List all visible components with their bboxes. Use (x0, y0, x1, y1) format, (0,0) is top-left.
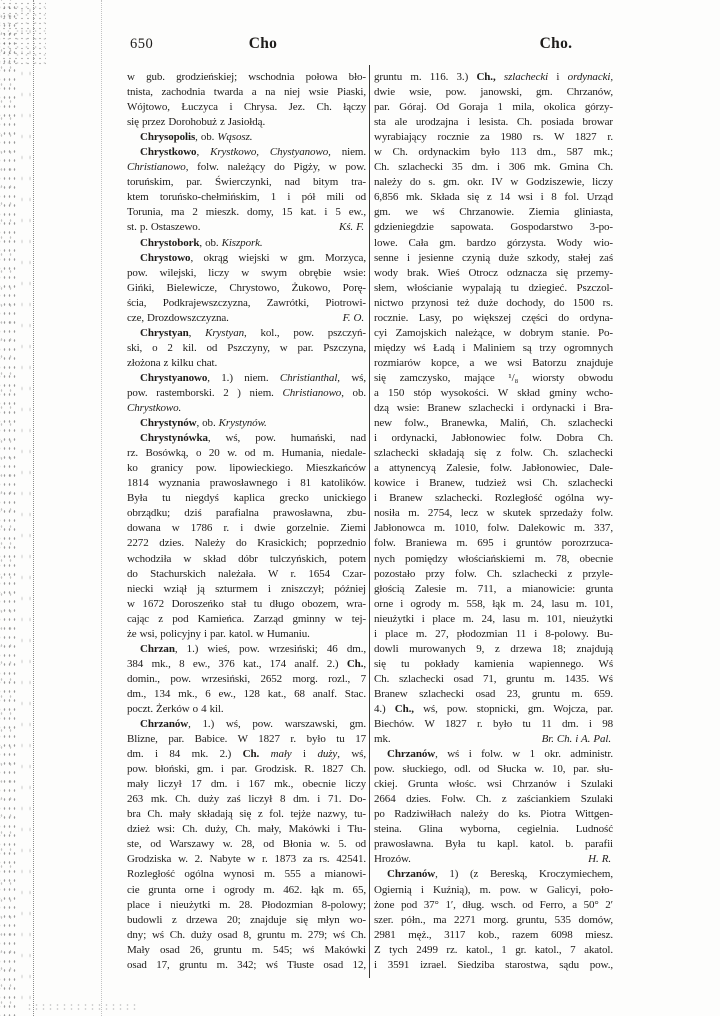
text-line: Torunia, ma 2 mieszk. domy, 15 kat. i 5 … (127, 205, 366, 220)
text-segment: , folw. należący do Pigży, w pow. (186, 161, 366, 173)
scanned-dictionary-page: 650 Cho Cho. w gub. grodzieńskiej; wscho… (0, 0, 720, 1016)
text-segment: ski, o 2 kil. od Pszczyny, w par. Pszczy… (127, 342, 366, 354)
text-segment: 1814 wyznania prawosławnego i 81 katolik… (127, 477, 366, 489)
author-signature: Br. Ch. i A. Pal. (542, 732, 613, 747)
text-segment: gdzieniegdzie sapowata. Gospodarstwo 3-p… (374, 221, 613, 233)
text-segment: nictwo przynosi też duże dochody, do 150… (374, 297, 613, 309)
text-line: Chrystkowo. (127, 401, 366, 416)
text-line: cyi Zamojskich należące, w dobrym stanie… (374, 326, 613, 341)
text-segment: obrządku; dziś parafialna prawosławna, z… (127, 507, 366, 519)
text-segment: dwie wsie, pow. janowski, gm. Chrzanów, (374, 86, 613, 98)
text-segment: Ch., (476, 71, 495, 83)
text-segment: place i nieużytki m. 28. Płodozmian 8-po… (127, 899, 366, 911)
text-line: gm. we wś Chrzanowie. Ziemia gliniasta, (374, 205, 613, 220)
text-line: ski, o 2 kil. od Pszczyny, w par. Pszczy… (127, 341, 366, 356)
text-segment: rozmiarów kopce, a we wsi Batorzu znajdu… (374, 357, 613, 369)
text-segment: Chrystynówka (140, 432, 208, 444)
author-signature: F. O. (343, 311, 366, 326)
text-line: ste, od Warszawy w. 28, od Błonia w. 5. … (127, 837, 366, 852)
author-signature: H. R. (588, 852, 613, 867)
text-segment: Jabłonowca m. 1010, folw. Dalekowic m. 3… (374, 522, 613, 534)
text-segment: ckiej. Grunta włośc. wsi Chrzanów i Szul… (374, 778, 613, 790)
text-line: new folw., Branewka, Maliń, Ch. szlachec… (374, 416, 613, 431)
text-line: nosiła m. 2754, lecz w skutek sprzedaży … (374, 506, 613, 521)
text-line: w 1672 Doroszeńko stał tu długo obozem, … (127, 597, 366, 612)
text-line: Z tych 2499 rz. katol., 1 gr. katol., 7 … (374, 943, 613, 958)
text-line: Branew szlachecki osad 23, gruntu m. 659… (374, 687, 613, 702)
text-segment: cyi Zamojskich należące, w dobrym stanie… (374, 327, 613, 339)
text-segment: Krystynów. (219, 417, 267, 429)
text-line: sta ale urodzajna i lesista. Ch. posiada… (374, 115, 613, 130)
text-segment: słem, włościanie wypalają tu dziegieć. P… (374, 282, 613, 294)
text-line: 2272 dzies. Należy do Krasickich; poprze… (127, 536, 366, 551)
text-line: Chrzanów, 1.) wś, pow. warszawski, gm. (127, 717, 366, 732)
text-segment: pow. wilejski, liczy w swym obrębie wsie… (127, 267, 366, 279)
text-segment: głością Zalesie m. 711, a mianowicie: gr… (374, 583, 613, 595)
text-line: w Ch. ordynackim było 113 dm., 587 mk.; (374, 145, 613, 160)
text-segment: wś, pow. stopnicki, gm. Wojcza, par. (414, 703, 613, 715)
text-segment: Biechów. W 1827 r. było tu 11 dm. i 98 (374, 718, 613, 730)
text-line: rz. Bosówką, o 20 w. od m. Humania, nied… (127, 446, 366, 461)
text-segment: Ch. (347, 658, 364, 670)
text-segment: Chrystowo (140, 252, 190, 264)
text-line: osad 17, gruntu m. 342; wś Tłuste osad 1… (127, 958, 366, 973)
text-line: Chrystynówka, wś, pow. humański, nad (127, 431, 366, 446)
text-segment: dowana w 1786 r. i dwie gorzelnie. Ziemi (127, 522, 366, 534)
text-segment: Christianowo (283, 387, 342, 399)
text-segment: szer. półn., ma 2271 morg. gruntu, 535 d… (374, 914, 613, 926)
text-line: Rozległość ogólna wynosi m. 555 a mianow… (127, 867, 366, 882)
text-segment: 384 mk., 8 ew., 376 kat., 174 analf. 2.) (127, 658, 347, 670)
text-segment: ścia, Podkrajewszczyzna, Zawrótki, Piotr… (127, 297, 366, 309)
text-line: Hrozów.H. R. (374, 852, 613, 867)
text-line: Grodziska w. 2. Nabyte w r. 1873 za rs. … (127, 852, 366, 867)
text-segment: , ob. (341, 387, 366, 399)
text-line: 2981 męż., 3117 kob., razem 6098 miesz. (374, 928, 613, 943)
text-line: rocznie. Lasy, po większej części do ord… (374, 311, 613, 326)
text-line: lowe. Cała gm. bardzo górzysta. Wody wio… (374, 236, 613, 251)
text-line: słem, włościanie wypalają tu dziegieć. P… (374, 281, 613, 296)
text-line: głością Zalesie m. 711, a mianowicie: gr… (374, 582, 613, 597)
text-segment: Ogiernią i Kuźnią), m. pow. w Galicyi, p… (374, 884, 613, 896)
text-segment: , okrąg wiejski w gm. Morzyca, (190, 252, 366, 264)
text-line: żone pod 37° 1′, dług. wsch. od Ferro, a… (374, 898, 613, 913)
text-line: Biechów. W 1827 r. było tu 11 dm. i 98 (374, 717, 613, 732)
text-line: się zamczysko, mające ¹/₈ wiorsty obwodu (374, 371, 613, 386)
text-segment: Chrystynów (140, 417, 196, 429)
text-line: st. p. Ostaszewo.Kś. F. (127, 220, 366, 235)
text-line: cie grunta orne i ogrody m. 462. łąk m. … (127, 883, 366, 898)
text-line: dwie wsie, pow. janowski, gm. Chrzanów, (374, 85, 613, 100)
text-segment: Chrysopolis (140, 131, 195, 143)
text-segment: Branew szlachecki osad 23, gruntu m. 659… (374, 688, 613, 700)
text-segment: Gińki, Bielewicze, Chrystowo, Żukowo, Po… (127, 282, 366, 294)
column-divider (369, 65, 370, 978)
line-text: cze, Drozdowszczyzna. (127, 311, 229, 326)
text-line: a attynencyą Zalesie, folw. Jabłonowiec,… (374, 461, 613, 476)
text-line: par. Góraj. Od Goraja 1 mila, okolica gó… (374, 100, 613, 115)
text-line: orne i ogrody m. 558, łąk m. 24, lasu m.… (374, 597, 613, 612)
text-segment: że wsi, policyjny i par. katol. w Humani… (127, 628, 310, 640)
text-line: Gińki, Bielewicze, Chrystowo, Żukowo, Po… (127, 281, 366, 296)
text-line: dowana w 1786 r. i dwie gorzelnie. Ziemi (127, 521, 366, 536)
text-line: Chrystobork, ob. Kiszpork. (127, 236, 366, 251)
text-line: 263 mk. Ch. duży zaś liczył 8 dm. i 71. … (127, 792, 366, 807)
text-segment (496, 71, 504, 83)
text-line: i place m. 27, płodozmian 11 i 8-polowy.… (374, 627, 613, 642)
text-segment: mk. (374, 733, 391, 745)
text-segment: Chrystyanowo (140, 372, 207, 384)
text-line: po Radziwiłłach należy do ks. Piotra Wit… (374, 807, 613, 822)
text-segment: , 1) (z Bereską, Kroczymiechem, (435, 868, 613, 880)
text-segment: 2981 męż., 3117 kob., razem 6098 miesz. (374, 929, 613, 941)
text-segment: i ordynacki, Jabłonowiec folw. Dobra Ch. (374, 432, 613, 444)
text-segment: , wś, (337, 372, 366, 384)
text-line: wchodziła w skład dóbr tulczyńskich, pot… (127, 552, 366, 567)
text-segment: st. p. Ostaszewo. (127, 221, 200, 233)
text-line: Mały osad 26, gruntu m. 545; wś Makówki (127, 943, 366, 958)
text-segment: niem. (331, 146, 366, 158)
text-segment: ordynacki, (568, 71, 613, 83)
text-segment: Chrystyan (140, 327, 189, 339)
text-line: dowli murowanych 9, z drzewa 18; znajduj… (374, 642, 613, 657)
text-segment: wyrabiający rocznie za 1980 rs. W 1827 r… (374, 131, 613, 143)
text-line: że wsi, policyjny i par. katol. w Humani… (127, 627, 366, 642)
running-head-right: Cho. (501, 35, 611, 53)
text-line: pow. błoński, gm. i par. Grodzisk. R. 18… (127, 762, 366, 777)
text-line: budowli z drzewa 20; znajduje się młyn w… (127, 913, 366, 928)
text-segment: i (292, 748, 318, 760)
text-line: złożona z kilku chat. (127, 356, 366, 371)
text-segment: steina. Glina wyborna, cegielnia. Ludnoś… (374, 823, 613, 835)
text-segment: , ob. (195, 131, 217, 143)
text-line: pow. słuckiego, odl. od Słucka w. 10, pa… (374, 762, 613, 777)
text-line: place i nieużytki m. 28. Płodozmian 8-po… (127, 898, 366, 913)
text-line: i Branew szlachecki. Rozległość ogólna w… (374, 491, 613, 506)
text-line: się przez Dorohobuż z Jasiołdą. (127, 115, 366, 130)
text-line: ścia, Podkrajewszczyzna, Zawrótki, Piotr… (127, 296, 366, 311)
text-segment: Chrystkowo (140, 146, 196, 158)
text-segment: między wś Ładą i Maliniem są trzy ogromn… (374, 342, 613, 354)
text-segment: new folw., Branewka, Maliń, Ch. szlachec… (374, 417, 613, 429)
text-segment: Hrozów. (374, 853, 411, 865)
text-line: a 150 stóp wysokości. W skład gminy wcho… (374, 386, 613, 401)
text-segment: domin., pow. wrzesiński, 2652 morg. rozl… (127, 673, 366, 685)
text-line: Chrystkowo, Krystkowo, Chystyanowo, niem… (127, 145, 366, 160)
text-line: między wś Ładą i Maliniem są trzy ogromn… (374, 341, 613, 356)
text-line: bra Ch. mały składają się z fol. tejże n… (127, 807, 366, 822)
text-segment: Chrystobork (140, 237, 199, 249)
text-segment: cie grunta orne i ogrody m. 462. łąk m. … (127, 884, 366, 896)
text-segment: bra Ch. mały składają się z fol. tejże n… (127, 808, 366, 820)
text-line: mk.Br. Ch. i A. Pal. (374, 732, 613, 747)
text-line: nych pomiędzy włościańskiemi m. 78, obec… (374, 552, 613, 567)
text-line: ckiej. Grunta włośc. wsi Chrzanów i Szul… (374, 777, 613, 792)
line-text: st. p. Ostaszewo. (127, 220, 200, 235)
text-segment: Mały osad 26, gruntu m. 545; wś Makówki (127, 944, 366, 956)
text-line: gruntu m. 116. 3.) Ch., szlachecki i ord… (374, 70, 613, 85)
text-segment: lowe. Cała gm. bardzo górzysta. Wody wio… (374, 237, 613, 249)
text-line: i 3591 izrael. Siedziba starostwa, sądu … (374, 958, 613, 973)
text-segment: Ch. (243, 748, 260, 760)
text-segment: Chrystkowo. (127, 402, 181, 414)
text-segment: Rozległość ogólna wynosi m. 555 a mianow… (127, 868, 366, 880)
text-segment: Była tu niegdyś kaplica grecko unickiego (127, 492, 366, 504)
text-line: tnista, zachodnia twarda a na niej wsie … (127, 85, 366, 100)
text-segment: pow. błoński, gm. i par. Grodzisk. R. 18… (127, 763, 366, 775)
text-line: nictwo przynosi też duże dochody, do 150… (374, 296, 613, 311)
text-segment: pow. rastemborski. 2 ) niem. (127, 387, 283, 399)
text-segment: Chrzan (140, 643, 175, 655)
text-line: poczt. Żerków o 4 kil. (127, 702, 366, 717)
text-segment: kowice i Branew, tudzież wsi Ch. szlache… (374, 477, 613, 489)
text-line: szlachecki składają się z folw. Ch. szla… (374, 446, 613, 461)
text-line: Była tu niegdyś kaplica grecko unickiego (127, 491, 366, 506)
text-segment: po Radziwiłłach należy do ks. Piotra Wit… (374, 808, 613, 820)
text-segment: rz. Bosówką, o 20 w. od m. Humania, nied… (127, 447, 366, 459)
text-segment: prawosławna. Była tu kapl. katol. b. par… (374, 838, 613, 850)
text-segment: Krystyan (205, 327, 244, 339)
text-line: cze, Drozdowszczyzna.F. O. (127, 311, 366, 326)
text-segment: złożona z kilku chat. (127, 357, 217, 369)
text-segment: Torunia, ma 2 mieszk. domy, 15 kat. i 5 … (127, 206, 366, 218)
text-segment: Blizne, par. Babice. W 1827 r. było tu 1… (127, 733, 366, 745)
text-segment: ko granicy pow. lipowieckiego. Mieszkańc… (127, 462, 366, 474)
left-column: w gub. grodzieńskiej; wschodnia połowa b… (127, 70, 366, 973)
text-line: się tu pokłady kamienia wapiennego. Wś (374, 657, 613, 672)
text-line: niecki wziął ją szturmem i zniszczył; pó… (127, 582, 366, 597)
text-segment: osad 17, gruntu m. 342; wś Tłuste osad 1… (127, 959, 366, 971)
text-line: senne i jesienne czynią duże szkody, sta… (374, 251, 613, 266)
text-segment: Ch. szlachecki osad 71, gruntu m. 1435. … (374, 673, 613, 685)
text-segment: , ob. (196, 417, 218, 429)
text-line: wyrabiający rocznie za 1980 rs. W 1827 r… (374, 130, 613, 145)
text-segment: , kol., pow. pszczyń- (244, 327, 366, 339)
text-segment: orne i ogrody m. 558, łąk m. 24, lasu m.… (374, 598, 613, 610)
author-signature: Kś. F. (339, 220, 366, 235)
text-segment: Kiszpork. (222, 237, 263, 249)
text-segment: Chrzanów (387, 748, 435, 760)
text-segment: dny; wś Ch. duży osad 8, gruntu m. 279; … (127, 929, 366, 941)
text-segment: 4.) (374, 703, 395, 715)
text-line: Ogiernią i Kuźnią), m. pow. w Galicyi, p… (374, 883, 613, 898)
text-segment: cze, Drozdowszczyzna. (127, 312, 229, 324)
text-segment: , (196, 146, 210, 158)
text-line: Chrzanów, wś i folw. w 1 okr. administr. (374, 747, 613, 762)
text-segment: szlachecki składają się z folw. Ch. szla… (374, 447, 613, 459)
text-segment: 2272 dzies. Należy do Krasickich; poprze… (127, 537, 366, 549)
text-line: Ch. szlachecki 35 dm. i 306 mk. Gmina Ch… (374, 160, 613, 175)
text-line: Chrzanów, 1) (z Bereską, Kroczymiechem, (374, 867, 613, 882)
text-segment: gm. we wś Chrzanowie. Ziemia gliniasta, (374, 206, 613, 218)
text-line: pow. wilejski, liczy w swym obrębie wsie… (127, 266, 366, 281)
text-line: domin., pow. wrzesiński, 2652 morg. rozl… (127, 672, 366, 687)
text-line: obrządku; dziś parafialna prawosławna, z… (127, 506, 366, 521)
text-line: mały liczył 17 dm. i 167 mk., obecnie li… (127, 777, 366, 792)
line-text: Hrozów. (374, 852, 411, 867)
text-segment: dm. i 84 mk. 2.) (127, 748, 243, 760)
text-segment: dzą wsie: Branew szlachecki i ordynacki … (374, 402, 613, 414)
text-segment: , 1.) niem. (207, 372, 280, 384)
text-segment: , wś, (337, 748, 366, 760)
text-segment: ste, od Warszawy w. 28, od Błonia w. 5. … (127, 838, 366, 850)
text-line: pozostało przy folw. Ch. szlachecki z pr… (374, 567, 613, 582)
text-segment: , 1.) wś, pow. warszawski, gm. (188, 718, 366, 730)
text-segment: wchodziła w skład dóbr tulczyńskich, pot… (127, 553, 366, 565)
text-segment: Ch. szlachecki 35 dm. i 306 mk. Gmina Ch… (374, 161, 613, 173)
text-line: do Stachurskich należała. W r. 1654 Czar… (127, 567, 366, 582)
text-segment: dzież wsi: Ch. duży, Ch. mały, Makówki i… (127, 823, 366, 835)
text-segment: do Stachurskich należała. W r. 1654 Czar… (127, 568, 366, 580)
text-line: 1814 wyznania prawosławnego i 81 katolik… (127, 476, 366, 491)
text-segment: się tu pokłady kamienia wapiennego. Wś (374, 658, 613, 670)
text-segment: Christianthal (280, 372, 337, 384)
binding-fold-line (33, 0, 34, 1016)
text-line: rozmiarów kopce, a we wsi Batorzu znajdu… (374, 356, 613, 371)
text-segment: Krystkowo, Chystyanowo, (210, 146, 331, 158)
text-segment: 2664 dzies. Folw. Ch. z zaściankiem Szul… (374, 793, 613, 805)
text-segment: , 1.) wieś, pow. wrzesiński; 46 dm., (175, 643, 366, 655)
text-line: i ordynacki, Jabłonowiec folw. Dobra Ch. (374, 431, 613, 446)
text-line: 6,856 mk. Składa się z 14 wsi i 8 fol. U… (374, 190, 613, 205)
text-segment: 263 mk. Ch. duży zaś liczył 8 dm. i 71. … (127, 793, 366, 805)
text-segment: wody brak. Wieś Otrocz odznacza się prze… (374, 267, 613, 279)
text-segment: żone pod 37° 1′, dług. wsch. od Ferro, a… (374, 899, 613, 911)
text-segment: Wąsosz. (217, 131, 252, 143)
text-segment: nieużytki i place m. 24, lasu m. 101, ni… (374, 613, 613, 625)
text-segment: w gub. grodzieńskiej; wschodnia połowa b… (127, 71, 366, 83)
text-segment: i 3591 izrael. Siedziba starostwa, sądu … (374, 959, 613, 971)
text-segment: dm., 134 mk., 6 ew., 128 kat., 68 analf.… (127, 688, 366, 700)
text-segment: nosiła m. 2754, lecz w skutek sprzedaży … (374, 507, 613, 519)
text-segment: i place m. 27, płodozmian 11 i 8-polowy.… (374, 628, 613, 640)
text-line: 384 mk., 8 ew., 376 kat., 174 analf. 2.)… (127, 657, 366, 672)
text-segment: nych pomiędzy włościańskiemi m. 78, obec… (374, 553, 613, 565)
text-segment: Christianowo (127, 161, 186, 173)
text-segment: budowli z drzewa 20; znajduje się młyn w… (127, 914, 366, 926)
text-line: Chrystyanowo, 1.) niem. Christianthal, w… (127, 371, 366, 386)
text-segment: należy do s. gm. okr. IV w Godziszewie, … (374, 176, 613, 188)
right-column: gruntu m. 116. 3.) Ch., szlachecki i ord… (374, 70, 613, 973)
text-segment: się przez Dorohobuż z Jasiołdą. (127, 116, 265, 128)
text-segment: mały (271, 748, 292, 760)
binding-fold-line-2 (101, 0, 102, 1016)
text-segment: i Branew szlachecki. Rozległość ogólna w… (374, 492, 613, 504)
text-line: Jabłonowca m. 1010, folw. Dalekowic m. 3… (374, 521, 613, 536)
text-segment: , wś, pow. humański, nad (208, 432, 366, 444)
running-head-left: Cho (208, 35, 318, 53)
text-line: dzą wsie: Branew szlachecki i ordynacki … (374, 401, 613, 416)
text-segment: poczt. Żerków o 4 kil. (127, 703, 224, 715)
text-segment: w 1672 Doroszeńko stał tu długo obozem, … (127, 598, 366, 610)
text-line: pow. rastemborski. 2 ) niem. Christianow… (127, 386, 366, 401)
text-segment: Grodziska w. 2. Nabyte w r. 1873 za rs. … (127, 853, 366, 865)
text-line: folw. Braniewa m. 695 i gruntów porozrzu… (374, 536, 613, 551)
text-segment: gruntu m. 116. 3.) (374, 71, 476, 83)
text-segment: pozostało przy folw. Ch. szlachecki z pr… (374, 568, 613, 580)
text-line: dny; wś Ch. duży osad 8, gruntu m. 279; … (127, 928, 366, 943)
text-line: Christianowo, folw. należący do Pigży, w… (127, 160, 366, 175)
text-line: Chrzan, 1.) wieś, pow. wrzesiński; 46 dm… (127, 642, 366, 657)
text-line: dm. i 84 mk. 2.) Ch. mały i duży, wś, (127, 747, 366, 762)
text-line: szer. półn., ma 2271 morg. gruntu, 535 d… (374, 913, 613, 928)
text-segment: , (363, 658, 366, 670)
text-line: 2664 dzies. Folw. Ch. z zaściankiem Szul… (374, 792, 613, 807)
text-segment: 6,856 mk. Składa się z 14 wsi i 8 fol. U… (374, 191, 613, 203)
scan-noise-edge (0, 0, 17, 1016)
text-segment: cając z pod Kamieńca. Zarząd gminny w te… (127, 613, 366, 625)
scan-noise-bottom (26, 1003, 136, 1011)
text-line: kowice i Branew, tudzież wsi Ch. szlache… (374, 476, 613, 491)
text-line: 4.) Ch., wś, pow. stopnicki, gm. Wojcza,… (374, 702, 613, 717)
text-segment: rocznie. Lasy, po większej części do ord… (374, 312, 613, 324)
text-line: steina. Glina wyborna, cegielnia. Ludnoś… (374, 822, 613, 837)
scan-noise-edge-2 (18, 0, 32, 1016)
text-segment: , (189, 327, 205, 339)
text-segment: Chrzanów (387, 868, 435, 880)
text-segment: tnista, zachodnia twarda a na niej wsie … (127, 86, 366, 98)
text-segment: toruńskim, par. Świerczynki, nad bitym t… (127, 176, 366, 188)
text-line: cając z pod Kamieńca. Zarząd gminny w te… (127, 612, 366, 627)
page-number: 650 (130, 36, 153, 53)
text-line: dzież wsi: Ch. duży, Ch. mały, Makówki i… (127, 822, 366, 837)
text-line: Ch. szlachecki osad 71, gruntu m. 1435. … (374, 672, 613, 687)
text-line: w gub. grodzieńskiej; wschodnia połowa b… (127, 70, 366, 85)
text-segment: par. Góraj. Od Goraja 1 mila, okolica gó… (374, 101, 613, 113)
text-segment: folw. Braniewa m. 695 i gruntów porozrzu… (374, 537, 613, 549)
text-segment: , wś i folw. w 1 okr. administr. (435, 748, 613, 760)
text-segment: niecki wziął ją szturmem i zniszczył; pó… (127, 583, 366, 595)
text-segment: a 150 stóp wysokości. W skład gminy wcho… (374, 387, 613, 399)
text-line: toruńskim, par. Świerczynki, nad bitym t… (127, 175, 366, 190)
text-segment: w Ch. ordynackim było 113 dm., 587 mk.; (374, 146, 613, 158)
line-text: mk. (374, 732, 391, 747)
text-line: Chrystynów, ob. Krystynów. (127, 416, 366, 431)
text-line: ko granicy pow. lipowieckiego. Mieszkańc… (127, 461, 366, 476)
text-segment: Ch., (395, 703, 414, 715)
text-segment: i (548, 71, 568, 83)
text-line: prawosławna. Była tu kapl. katol. b. par… (374, 837, 613, 852)
text-line: wody brak. Wieś Otrocz odznacza się prze… (374, 266, 613, 281)
text-line: Chrystowo, okrąg wiejski w gm. Morzyca, (127, 251, 366, 266)
text-segment (259, 748, 270, 760)
text-segment: sta ale urodzajna i lesista. Ch. posiada… (374, 116, 613, 128)
text-line: Chrystyan, Krystyan, kol., pow. pszczyń- (127, 326, 366, 341)
text-segment: duży (317, 748, 337, 760)
text-segment: szlachecki (504, 71, 548, 83)
text-line: należy do s. gm. okr. IV w Godziszewie, … (374, 175, 613, 190)
text-segment: ktem toruńsko-chełmińskim, 1 i pół mili … (127, 191, 366, 203)
text-segment: dowli murowanych 9, z drzewa 18; znajduj… (374, 643, 613, 655)
text-line: nieużytki i place m. 24, lasu m. 101, ni… (374, 612, 613, 627)
text-segment: senne i jesienne czynią duże szkody, sta… (374, 252, 613, 264)
text-segment: a attynencyą Zalesie, folw. Jabłonowiec,… (374, 462, 613, 474)
text-line: ktem toruńsko-chełmińskim, 1 i pół mili … (127, 190, 366, 205)
text-segment: się zamczysko, mające ¹/₈ wiorsty obwodu (374, 372, 613, 384)
text-segment: pow. słuckiego, odl. od Słucka w. 10, pa… (374, 763, 613, 775)
text-segment: Wójtowo, Łuczyca i Chrysa. Jez. Ch. łącz… (127, 101, 366, 113)
text-line: Blizne, par. Babice. W 1827 r. było tu 1… (127, 732, 366, 747)
text-line: Wójtowo, Łuczyca i Chrysa. Jez. Ch. łącz… (127, 100, 366, 115)
text-line: gdzieniegdzie sapowata. Gospodarstwo 3-p… (374, 220, 613, 235)
text-segment: Chrzanów (140, 718, 188, 730)
text-line: dm., 134 mk., 6 ew., 128 kat., 68 analf.… (127, 687, 366, 702)
text-line: Chrysopolis, ob. Wąsosz. (127, 130, 366, 145)
text-segment: , ob. (199, 237, 221, 249)
text-segment: mały liczył 17 dm. i 167 mk., obecnie li… (127, 778, 366, 790)
text-segment: Z tych 2499 rz. katol., 1 gr. katol., 7 … (374, 944, 613, 956)
